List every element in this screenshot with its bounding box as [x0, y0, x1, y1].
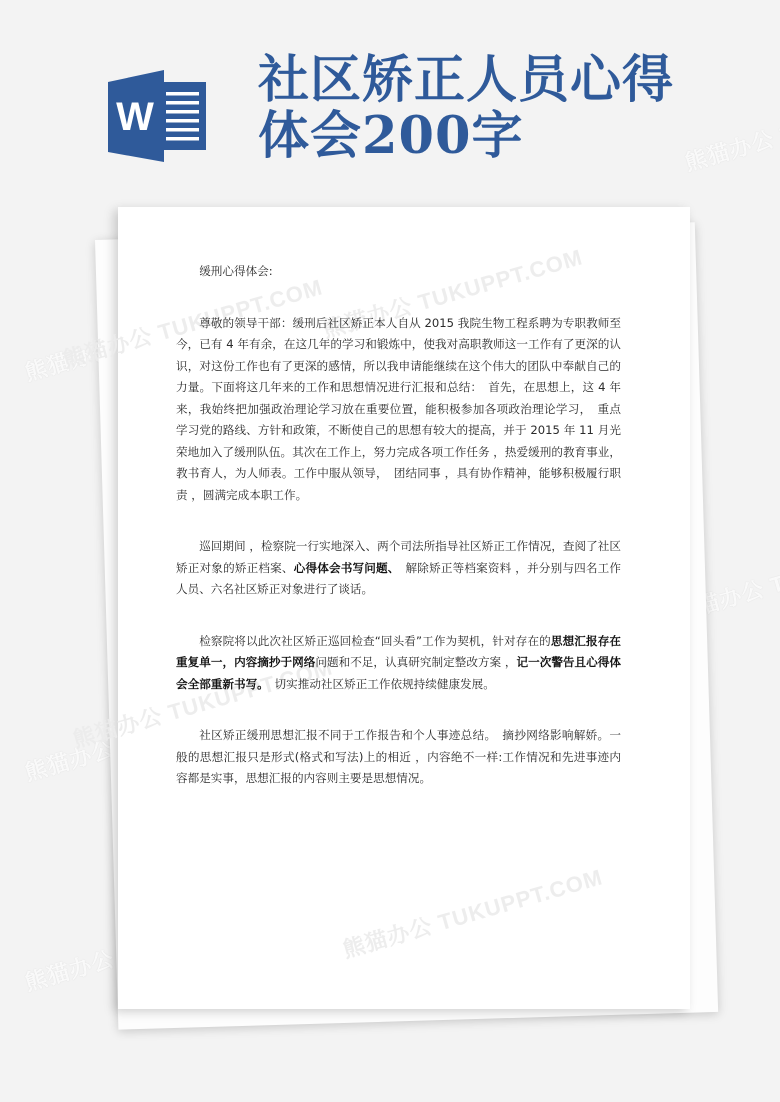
- word-document-icon: W: [108, 70, 208, 162]
- title-line-1: 社区矫正人员心得: [258, 52, 728, 108]
- watermark: 熊猫办公 TUKUPPT.COM: [339, 861, 606, 965]
- bold-segment: 心得体会书写问题、: [294, 561, 394, 575]
- paragraph-4: 社区矫正缓刑思想汇报不同于工作报告和个人事迹总结。 摘抄网络影响解娇。一般的思想…: [176, 725, 621, 790]
- page-header: W 社区矫正人员心得 体会200字: [0, 0, 780, 200]
- paragraph-2: 巡回期间 ，检察院一行实地深入、两个司法所指导社区矫正工作情况，查阅了社区矫正对…: [176, 536, 621, 601]
- paragraph-3: 检察院将以此次社区矫正巡回检查“回头看”工作为契机，针对存在的思想汇报存在重复单…: [176, 631, 621, 696]
- text-segment: 切实推动社区矫正工作依规持续健康发展。: [263, 677, 495, 691]
- paragraph-1: 尊敬的领导干部：缓刑后社区矫正本人自从 2015 我院生物工程系聘为专职教师至今…: [176, 313, 621, 507]
- document-heading: 缓刑心得体会:: [176, 261, 621, 283]
- page-title: 社区矫正人员心得 体会200字: [258, 52, 728, 164]
- text-segment: 检察院将以此次社区矫正巡回检查“回头看”工作为契机，针对存在的: [199, 634, 551, 648]
- title-line-2: 体会200字: [258, 108, 728, 164]
- text-segment: 社区矫正缓刑思想汇报不同于工作报告和个人事迹总结。 摘抄网络影响解娇。一般的思想…: [176, 728, 621, 785]
- svg-text:W: W: [116, 95, 154, 139]
- text-segment: 问题和不足，认真研究制定整改方案 ，: [315, 655, 516, 669]
- document-page: 熊猫办公 TUKUPPT.COM 熊猫办公 TUKUPPT.COM 熊猫办公 T…: [118, 207, 690, 1009]
- document-body: 缓刑心得体会: 尊敬的领导干部：缓刑后社区矫正本人自从 2015 我院生物工程系…: [176, 261, 621, 790]
- text-segment: 尊敬的领导干部：缓刑后社区矫正本人自从 2015 我院生物工程系聘为专职教师至今…: [176, 316, 621, 502]
